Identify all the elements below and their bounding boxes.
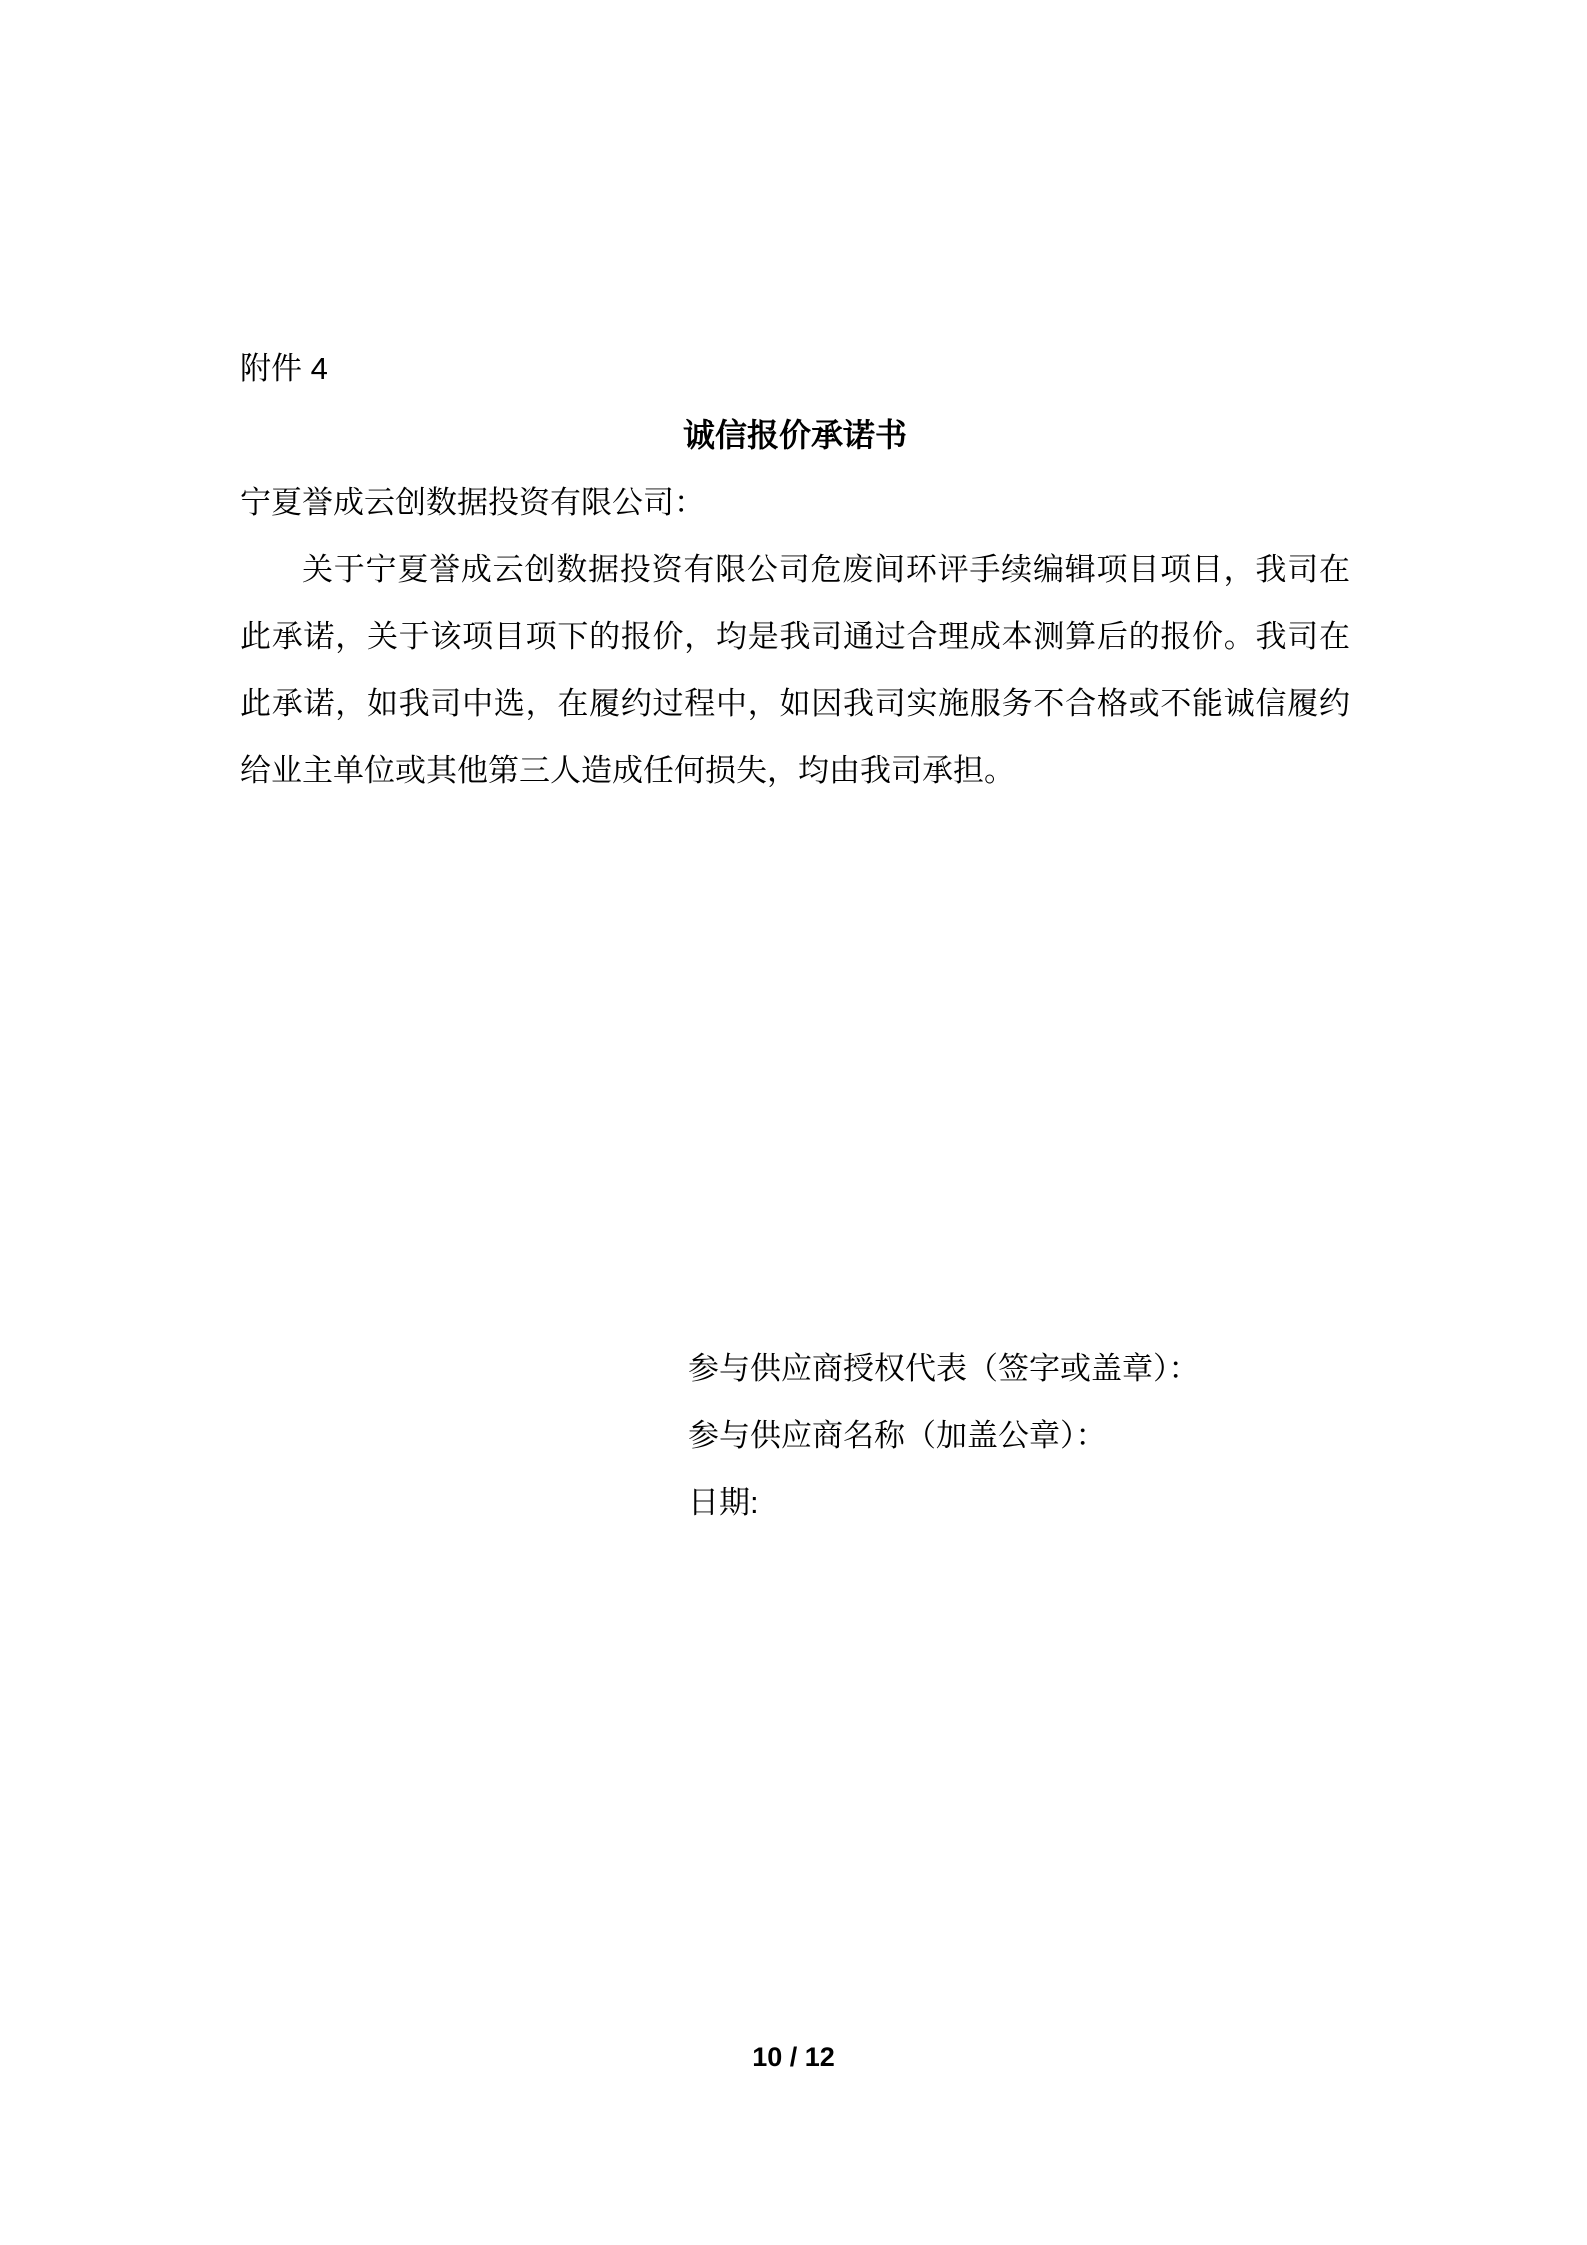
body-paragraph-line: 关于宁夏誉成云创数据投资有限公司危废间环评手续编辑项目项目，我司在 [240,536,1350,603]
body-paragraph-line: 此承诺，关于该项目项下的报价，均是我司通过合理成本测算后的报价。我司在 [240,603,1350,670]
signature-block: 参与供应商授权代表（签字或盖章）： 参与供应商名称（加盖公章）： 日期: [688,1335,1350,1536]
signature-supplier-name-line: 参与供应商名称（加盖公章）： [688,1402,1350,1469]
body-paragraph-line: 给业主单位或其他第三人造成任何损失，均由我司承担。 [240,737,1350,804]
document-title: 诚信报价承诺书 [240,402,1350,469]
document-page: 附件 4 诚信报价承诺书 宁夏誉成云创数据投资有限公司： 关于宁夏誉成云创数据投… [0,0,1587,2245]
attachment-label: 附件 4 [240,335,1350,402]
salutation-line: 宁夏誉成云创数据投资有限公司： [240,469,1350,536]
document-content: 附件 4 诚信报价承诺书 宁夏誉成云创数据投资有限公司： 关于宁夏誉成云创数据投… [240,335,1350,1536]
body-paragraph-line: 此承诺，如我司中选，在履约过程中，如因我司实施服务不合格或不能诚信履约 [240,670,1350,737]
signature-authorized-rep-line: 参与供应商授权代表（签字或盖章）： [688,1335,1350,1402]
signature-date-line: 日期: [688,1469,1350,1536]
page-number: 10 / 12 [0,2042,1587,2072]
